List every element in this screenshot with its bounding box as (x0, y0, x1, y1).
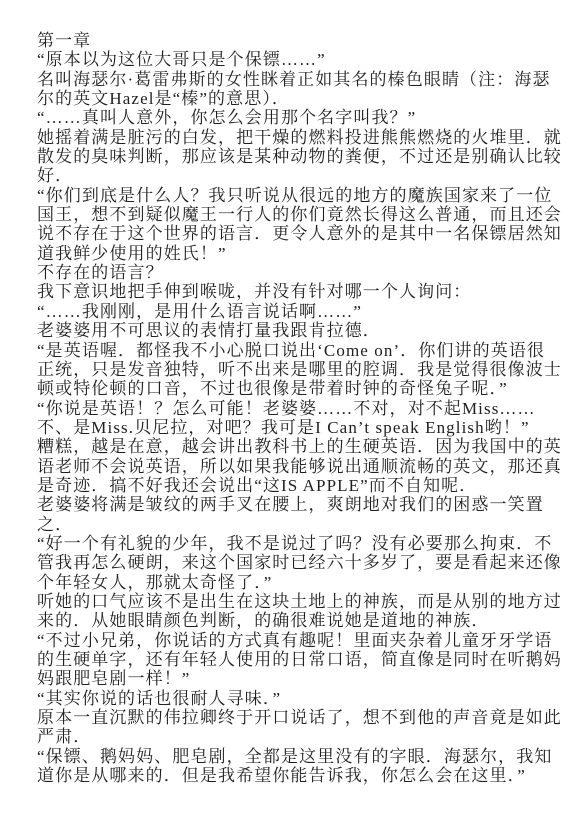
text-line: 她摇着满是脏污的白发，把干燥的燃料投进熊熊燃烧的火堆里．就 (37, 128, 571, 147)
text-line: 妈跟肥皂剧一样！” (37, 669, 571, 688)
text-line: “你们到底是什么人？我只听说从很远的地方的魔族国家来了一位 (37, 186, 571, 205)
novel-page: 第一章 “原本以为这位大哥只是个保镖……”名叫海瑟尔·葛雷弗斯的女性眯着正如其名… (0, 0, 583, 828)
text-line: “……我刚刚，是用什么语言说话啊……” (37, 302, 571, 321)
text-line: 之． (37, 515, 571, 534)
text-line: 严肃． (37, 727, 571, 746)
text-line: “你说是英语！？怎么可能！老婆婆……不对，对不起Miss…… (37, 399, 571, 418)
body-text: “原本以为这位大哥只是个保镖……”名叫海瑟尔·葛雷弗斯的女性眯着正如其名的榛色眼… (37, 50, 571, 785)
text-line: 语老师不会说英语，所以如果我能够说出通顺流畅的英文，那还真 (37, 457, 571, 476)
text-line: 尔的英文Hazel是“榛”的意思）． (37, 89, 571, 108)
text-line: “……真叫人意外，你怎么会用那个名字叫我？” (37, 108, 571, 127)
text-line: 个年轻女人，那就太奇怪了．” (37, 573, 571, 592)
text-line: “不过小兄弟，你说话的方式真有趣呢！里面夹杂着儿童牙牙学语 (37, 631, 571, 650)
chapter-heading: 第一章 (37, 31, 571, 50)
text-line: “是英语喔．都怪我不小心脱口说出‘Come on’．你们讲的英语很 (37, 341, 571, 360)
text-line: 原本一直沉默的伟拉卿终于开口说话了，想不到他的声音竟是如此 (37, 708, 571, 727)
text-line: 我下意识地把手伸到喉咙，并没有针对哪一个人询问： (37, 282, 571, 301)
text-line: 是奇迹．搞不好我还会说出“这IS APPLE”而不自知呢． (37, 476, 571, 495)
text-line: 正统，只是发音独特，听不出来是哪里的腔调．我是觉得很像波士 (37, 360, 571, 379)
text-line: 好． (37, 166, 571, 185)
text-line: 不、是Miss.贝尼拉，对吧？我可是I Can’t speak English哟… (37, 418, 571, 437)
text-line: “保镖、鹅妈妈、肥皂剧，全都是这里没有的字眼．海瑟尔，我知 (37, 747, 571, 766)
text-line: 听她的口气应该不是出生在这块土地上的神族，而是从别的地方过 (37, 592, 571, 611)
text-line: 顿或特伦顿的口音，不过也很像是带着时钟的奇怪兔子呢．” (37, 379, 571, 398)
text-line: 散发的臭味判断，那应该是某种动物的粪便，不过还是别确认比较 (37, 147, 571, 166)
text-line: 老婆婆用不可思议的表情打量我跟肯拉德． (37, 321, 571, 340)
text-line: 老婆婆将满是皱纹的两手叉在腰上，爽朗地对我们的困惑一笑置 (37, 495, 571, 514)
text-line: 说不存在于这个世界的语言．更令人意外的是其中一名保镖居然知 (37, 224, 571, 243)
text-line: 的生硬单字，还有年轻人使用的日常口语，简直像是同时在听鹅妈 (37, 650, 571, 669)
text-line: 来的．从她眼睛颜色判断，的确很难说她是道地的神族． (37, 611, 571, 630)
text-line: 糟糕，越是在意，越会讲出教科书上的生硬英语．因为我国中的英 (37, 437, 571, 456)
text-line: “其实你说的话也很耐人寻味．” (37, 689, 571, 708)
text-line: 名叫海瑟尔·葛雷弗斯的女性眯着正如其名的榛色眼睛（注：海瑟 (37, 70, 571, 89)
text-line: 道我鲜少使用的姓氏！” (37, 244, 571, 263)
text-line: “原本以为这位大哥只是个保镖……” (37, 50, 571, 69)
text-line: 道你是从哪来的．但是我希望你能告诉我，你怎么会在这里．” (37, 766, 571, 785)
text-line: 不存在的语言？ (37, 263, 571, 282)
text-line: 国王，想不到疑似魔王一行人的你们竟然长得这么普通，而且还会 (37, 205, 571, 224)
text-line: 管我再怎么硬朗，来这个国家时已经六十多岁了，要是看起来还像 (37, 553, 571, 572)
text-line: “好一个有礼貌的少年，我不是说过了吗？没有必要那么拘束．不 (37, 534, 571, 553)
